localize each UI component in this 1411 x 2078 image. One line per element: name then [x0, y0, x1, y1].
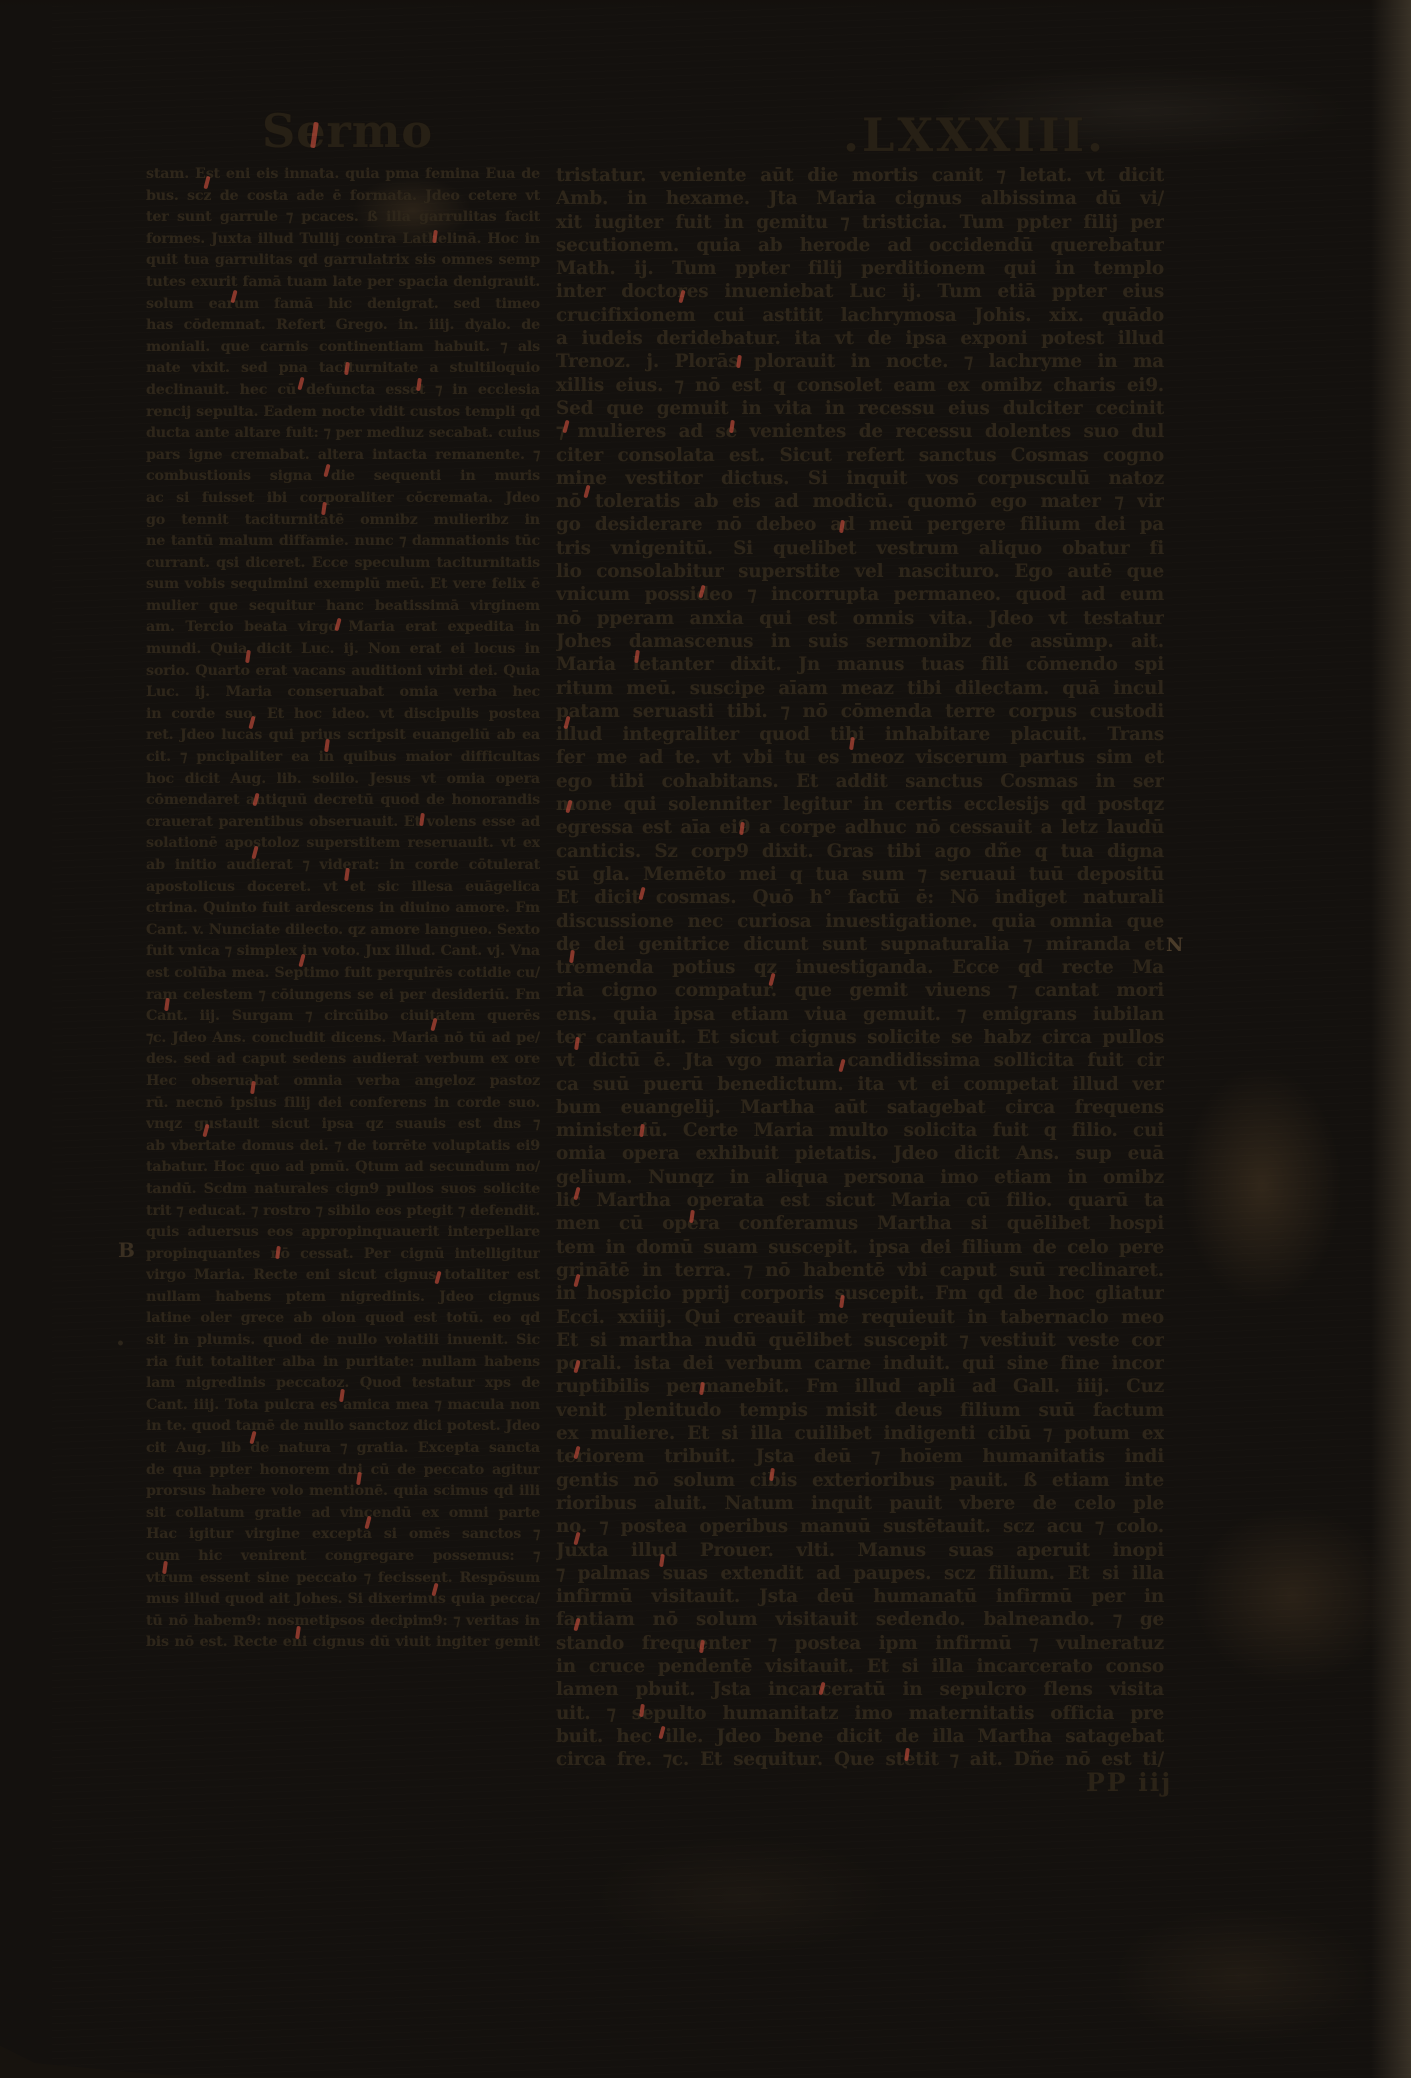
text-line: go tennit taciturnitatē omnibz mulieribz… [146, 510, 540, 532]
text-line: ⁊c. Jdeo Ans. concludit dicens. Maria nō… [146, 1028, 540, 1050]
text-line: des. sed ad caput sedens audierat verbum… [146, 1049, 540, 1071]
text-line: in corde suo. Et hoc ideo. vt discipulis… [146, 704, 540, 726]
text-line: rioribus aluit. Natum inquit pauit vbere… [556, 1492, 1164, 1515]
text-line: mundi. Quia dicit Luc. ij. Non erat ei l… [146, 639, 540, 661]
text-line: latine oler grece ab olon quod est totū.… [146, 1308, 540, 1330]
text-line: pars igne cremabat. altera intacta reman… [146, 445, 540, 467]
text-column-right: tristatur. veniente aūt die mortis canit… [556, 164, 1164, 1771]
text-line: in hospicio pprij corporis suscepit. Fm … [556, 1282, 1164, 1305]
text-line: ria cigno compatur. que gemit viuens ⁊ c… [556, 979, 1164, 1002]
text-line: fer me ad te. vt vbi tu es meoz viscerum… [556, 746, 1164, 769]
text-line: nate vixit. sed pna taciturnitate a stul… [146, 358, 540, 380]
quire-signature-mark: PP iij [1086, 1768, 1172, 1797]
text-line: buit. hec ille. Jdeo bene dicit de illa … [556, 1725, 1164, 1748]
text-line: citer consolata est. Sicut refert sanctu… [556, 444, 1164, 467]
paper-stain [1182, 1066, 1342, 1306]
text-line: ria fuit totaliter alba in puritate: nul… [146, 1352, 540, 1374]
text-line: ab vbertate domus dei. ⁊ de torrēte volu… [146, 1136, 540, 1158]
text-line: sum vobis sequimini exemplū meū. Et vere… [146, 574, 540, 596]
text-line: am. Tercio beata virgo Maria erat expedi… [146, 617, 540, 639]
text-line: patam seruasti tibi. ⁊ nō cōmenda terre … [556, 700, 1164, 723]
text-line: lam nigredinis peccatoz. Quod testatur x… [146, 1373, 540, 1395]
text-line: porali. ista dei verbum carne induit. qu… [556, 1352, 1164, 1375]
text-line: crauerat parentibus obseruauit. Et volen… [146, 812, 540, 834]
text-line: lamen pbuit. Jsta incarceratū in sepulcr… [556, 1678, 1164, 1701]
text-line: in cruce pendentē visitauit. Et si illa … [556, 1655, 1164, 1678]
text-line: hoc dicit Aug. lib. solilo. Jesus vt omi… [146, 769, 540, 791]
folio-number: .LXXXIII. [843, 108, 1106, 162]
running-title: Sermo [262, 104, 433, 158]
text-line: Math. ij. Tum ppter filij perditionem qu… [556, 257, 1164, 280]
text-line: ens. quia ipsa etiam viua gemuit. ⁊ emig… [556, 1003, 1164, 1026]
text-line: sū gla. Memēto mei q tua sum ⁊ seruaui t… [556, 863, 1164, 886]
text-line: trit ⁊ educat. ⁊ rostro ⁊ sibilo eos pte… [146, 1201, 540, 1223]
text-line: mone qui solenniter legitur in certis ec… [556, 793, 1164, 816]
text-line: tremenda potius qz inuestiganda. Ecce qd… [556, 956, 1164, 979]
paper-stain [592, 1836, 892, 1956]
text-line: circa fre. ⁊c. Et sequitur. Que stetit ⁊… [556, 1748, 1164, 1771]
text-line: ctrina. Quinto fuit ardescens in diuino … [146, 898, 540, 920]
text-line: solationē apostoloz superstitem reseruau… [146, 833, 540, 855]
text-line: vnqz gustauit sicut ipsa qz suauis est d… [146, 1114, 540, 1136]
text-line: crucifixionem cui astitit lachrymosa Joh… [556, 304, 1164, 327]
text-line: sit collatum gratie ad vincendū ex omni … [146, 1503, 540, 1525]
text-line: tem in domū suam suscepit. ipsa dei fili… [556, 1236, 1164, 1259]
text-line: Ecci. xxiiij. Qui creauit me requieuit i… [556, 1306, 1164, 1329]
text-line: xit iugiter fuit in gemitu ⁊ tristicia. … [556, 211, 1164, 234]
text-line: quit tua garrulitas qd garrulatrix sis o… [146, 250, 540, 272]
text-line: Trenoz. j. Plorās plorauit in nocte. ⁊ l… [556, 350, 1164, 373]
text-line: mine vestitor dictus. Si inquit vos corp… [556, 467, 1164, 490]
text-line: ac si fuisset ibi corporaliter cōcremata… [146, 488, 540, 510]
text-line: currant. qsi diceret. Ecce speculum taci… [146, 553, 540, 575]
text-line: Amb. in hexame. Jta Maria cignus albissi… [556, 187, 1164, 210]
text-line: ca suū puerū benedictum. ita vt ei compe… [556, 1073, 1164, 1096]
text-line: stam. Est eni eis innata. quia pma femin… [146, 164, 540, 186]
text-line: grinātē in terra. ⁊ nō habentē vbi caput… [556, 1259, 1164, 1282]
text-line: de dei genitrice dicunt sunt supnaturali… [556, 933, 1164, 956]
margin-bullet-mark: • [116, 1336, 125, 1352]
text-line: tristatur. veniente aūt die mortis canit… [556, 164, 1164, 187]
text-line: ne tantū malum diffamie. nunc ⁊ damnatio… [146, 531, 540, 553]
text-line: ⁊ palmas suas extendit ad paupes. scz fi… [556, 1562, 1164, 1585]
text-line: vnicum possideo ⁊ incorrupta permaneo. q… [556, 583, 1164, 606]
text-line: ret. Jdeo lucas qui prius scripsit euang… [146, 725, 540, 747]
text-line: Sed que gemuit in vita in recessu eius d… [556, 397, 1164, 420]
text-line: nullam habens ptem nigredinis. Jdeo cign… [146, 1287, 540, 1309]
text-line: moniali. que carnis continentiam habuit.… [146, 337, 540, 359]
text-line: tū nō habem9: nosmetipsos decipim9: ⁊ ve… [146, 1611, 540, 1633]
text-line: xillis eius. ⁊ nō est q consolet eam ex … [556, 374, 1164, 397]
text-line: lic Martha operata est sicut Maria cū fi… [556, 1189, 1164, 1212]
book-photo: { "page": { "header": { "running_title":… [0, 0, 1411, 2078]
text-line: nō toleratis ab eis ad modicū. quomō ego… [556, 490, 1164, 513]
text-line: fantiam nō solum visitauit sedendo. baln… [556, 1608, 1164, 1631]
text-line: fuit vnica ⁊ simplex in voto. Jux illud.… [146, 941, 540, 963]
text-line: uit. ⁊ sepulto humanitatz imo maternitat… [556, 1702, 1164, 1725]
text-line: illud integraliter quod tibi inhabitare … [556, 723, 1164, 746]
text-line: cit Aug. lib de natura ⁊ gratia. Excepta… [146, 1438, 540, 1460]
page-top-edge [0, 0, 1411, 10]
text-line: bus. scz de costa ade ē formata. Jdeo ce… [146, 186, 540, 208]
text-line: men cū opera conferamus Martha si quēlib… [556, 1212, 1164, 1235]
text-line: Juxta illud Prouer. vlti. Manus suas ape… [556, 1539, 1164, 1562]
text-line: est colūba mea. Septimo fuit perquirēs c… [146, 963, 540, 985]
text-line: Hac igitur virgine excepta si omēs sanct… [146, 1524, 540, 1546]
text-line: Et dicit cosmas. Quō h° factū ē: Nō indi… [556, 886, 1164, 909]
text-line: tandū. Scdm naturales cign9 pullos suos … [146, 1179, 540, 1201]
text-line: venit plenitudo tempis misit deus filium… [556, 1399, 1164, 1422]
page-right-edge-shadow [1371, 0, 1411, 2078]
text-line: inter doctores inueniebat Luc ij. Tum et… [556, 280, 1164, 303]
text-line: tris vnigenitū. Si quelibet vestrum aliq… [556, 537, 1164, 560]
text-line: Maria letanter dixit. Jn manus tuas fili… [556, 653, 1164, 676]
text-line: cōmendaret antiquū decretū quod de honor… [146, 790, 540, 812]
text-line: cit. ⁊ pncipaliter ea in quibus maior di… [146, 747, 540, 769]
text-line: prorsus habere volo mentionē. quia scimu… [146, 1481, 540, 1503]
text-line: Cant. iij. Surgam ⁊ circūibo ciuitatem q… [146, 1006, 540, 1028]
text-line: tutes exurit famā tuam late per spacia d… [146, 272, 540, 294]
text-line: bis nō est. Recte eni cignus dū viuit in… [146, 1632, 540, 1654]
binding-gutter-shadow [0, 0, 130, 2078]
text-line: go desiderare nō debeo ad meū pergere fi… [556, 513, 1164, 536]
text-line: ab initio audierat ⁊ viderat: in corde c… [146, 855, 540, 877]
text-line: rencij sepulta. Eadem nocte vidit custos… [146, 402, 540, 424]
text-column-left: stam. Est eni eis innata. quia pma femin… [146, 164, 540, 1654]
text-line: infirmū visitauit. Jsta deū humanatū inf… [556, 1585, 1164, 1608]
text-line: omia opera exhibuit pietatis. Jdeo dicit… [556, 1142, 1164, 1165]
margin-annotation-right: N [1166, 934, 1183, 956]
text-line: apostolicus doceret. vt et sic illesa eu… [146, 877, 540, 899]
text-line: propinquantes nō cessat. Per cignū intel… [146, 1244, 540, 1266]
text-line: ram celestem ⁊ cōiungens se ei per desid… [146, 985, 540, 1007]
margin-annotation-letter: B [118, 1238, 135, 1262]
text-line: discussione nec curiosa inuestigatione. … [556, 910, 1164, 933]
text-line: ter sunt garrule ⁊ pcaces. ß illa garrul… [146, 207, 540, 229]
text-line: ter cantauit. Et sicut cignus solicite s… [556, 1026, 1164, 1049]
text-line: stando frequenter ⁊ postea ipm infirmū ⁊… [556, 1632, 1164, 1655]
text-line: Cant. v. Nunciate dilecto. qz amore lang… [146, 920, 540, 942]
text-line: ruptibilis permanebit. Fm illud apli ad … [556, 1375, 1164, 1398]
text-line: tabatur. Hoc quo ad pmū. Qtum ad secundu… [146, 1157, 540, 1179]
text-line: virgo Maria. Recte eni sicut cignus tota… [146, 1265, 540, 1287]
text-line: cum hic venirent congregare possemus: ⁊ … [146, 1546, 540, 1568]
text-line: de qua ppter honorem dni cū de peccato a… [146, 1460, 540, 1482]
paper-stain [1192, 1506, 1392, 1686]
text-line: combustionis signa die sequenti in muris… [146, 466, 540, 488]
text-line: vt dictū ē. Jta vgo maria candidissima s… [556, 1049, 1164, 1072]
text-line: teriorem tribuit. Jsta deū ⁊ hoīem human… [556, 1445, 1164, 1468]
text-line: sorio. Quarto erat vacans auditioni virb… [146, 661, 540, 683]
text-line: Et si martha nudū quēlibet suscepit ⁊ ve… [556, 1329, 1164, 1352]
text-line: Johes damascenus in suis sermonibz de as… [556, 630, 1164, 653]
text-line: ministeriū. Certe Maria multo solicita f… [556, 1119, 1164, 1142]
text-line: gentis nō solum cibis exterioribus pauit… [556, 1469, 1164, 1492]
text-line: ego tibi cohabitans. Et addit sanctus Co… [556, 770, 1164, 793]
text-line: nō pperam anxia qui est omnis vita. Jdeo… [556, 607, 1164, 630]
text-line: ritum meū. suscipe aīam meaz tibi dilect… [556, 677, 1164, 700]
text-line: solum earum famā hic denigrat. sed timeo… [146, 294, 540, 316]
text-line: declinauit. hec cū defuncta esset ⁊ in e… [146, 380, 540, 402]
text-line: has cōdemnat. Refert Grego. in. iiij. dy… [146, 315, 540, 337]
paper-stain [1112, 1906, 1372, 2046]
text-line: in te. quod tamē de nullo sanctoz dici p… [146, 1416, 540, 1438]
text-line: mulier que sequitur hanc beatissimā virg… [146, 596, 540, 618]
text-line: ⁊ mulieres ad se venientes de recessu do… [556, 420, 1164, 443]
text-line: egressa est aīa ei9 a corpe adhuc nō ces… [556, 816, 1164, 839]
text-line: rū. necnō ipsius filij dei conferens in … [146, 1093, 540, 1115]
text-line: gelium. Nunqz in aliqua persona imo etia… [556, 1166, 1164, 1189]
text-line: formes. Juxta illud Tullij contra Lathel… [146, 229, 540, 251]
text-line: secutionem. quia ab herode ad occidendū … [556, 234, 1164, 257]
text-line: ducta ante altare fuit: ⁊ per mediuz sec… [146, 423, 540, 445]
text-line: canticis. Sz corp9 dixit. Gras tibi ago … [556, 840, 1164, 863]
text-line: Cant. iiij. Tota pulcra es amica mea ⁊ m… [146, 1395, 540, 1417]
text-line: vtrum essent sine peccato ⁊ fecissent. R… [146, 1568, 540, 1590]
text-line: no. ⁊ postea operibus manuū sustētauit. … [556, 1515, 1164, 1538]
text-line: bum euangelij. Martha aūt satagebat circ… [556, 1096, 1164, 1119]
text-line: lio consolabitur superstite vel nascitur… [556, 560, 1164, 583]
text-line: a iudeis deridebatur. ita vt de ipsa exp… [556, 327, 1164, 350]
text-line: Hec obseruabat omnia verba angeloz pasto… [146, 1071, 540, 1093]
text-line: ex muliere. Et si illa cuilibet indigent… [556, 1422, 1164, 1445]
text-line: quis aduersus eos appropinquauerit inter… [146, 1222, 540, 1244]
text-line: Luc. ij. Maria conseruabat omia verba he… [146, 682, 540, 704]
text-line: mus illud quod ait Johes. Si dixerimus q… [146, 1589, 540, 1611]
text-line: sit in plumis. quod de nullo volatili in… [146, 1330, 540, 1352]
